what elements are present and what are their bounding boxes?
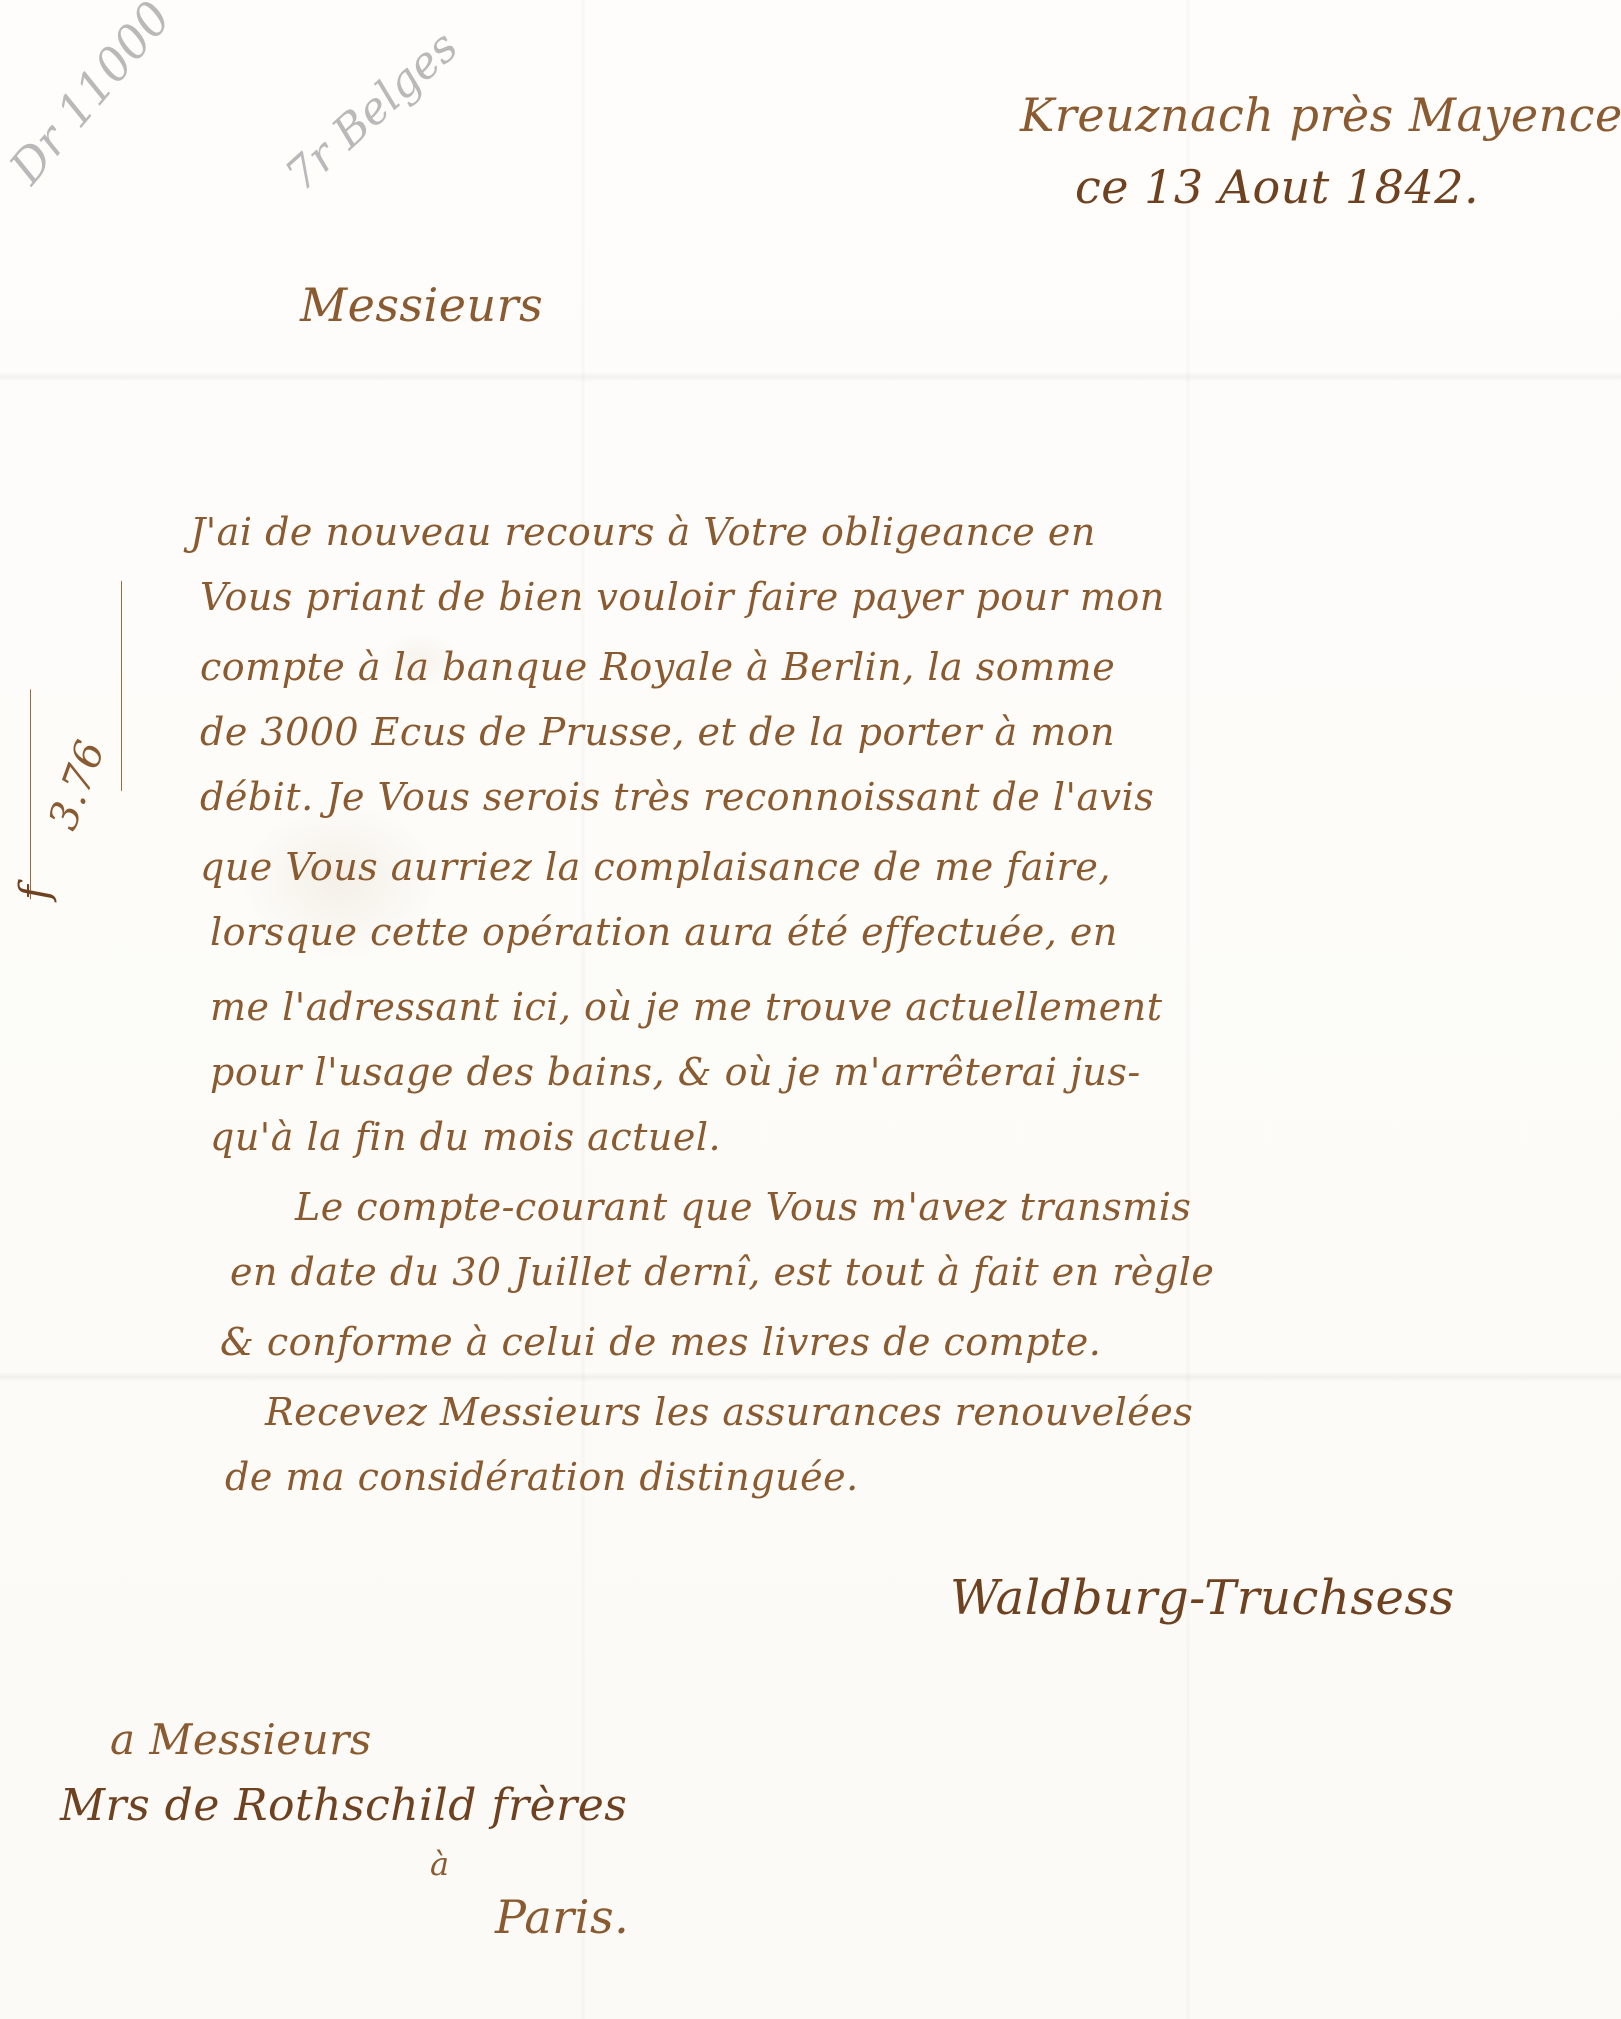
fold-line-bottom — [0, 1372, 1621, 1382]
body-line: J'ai de nouveau recours à Votre obligean… — [190, 510, 1096, 554]
body-line: & conforme à celui de mes livres de comp… — [220, 1320, 1101, 1364]
address-city: Paris. — [495, 1890, 629, 1944]
body-line: que Vous aurriez la complaisance de me f… — [200, 845, 1111, 889]
body-line: en date du 30 Juillet dernî, est tout à … — [230, 1250, 1214, 1294]
fold-line-vertical-right — [1185, 0, 1191, 2019]
signature: Waldburg-Truchsess — [950, 1570, 1455, 1626]
salutation: Messieurs — [300, 278, 543, 332]
margin-note-prefix: f — [12, 885, 58, 900]
body-line: Le compte-courant que Vous m'avez transm… — [295, 1185, 1191, 1229]
address-line-1: a Messieurs — [110, 1715, 372, 1764]
body-line: me l'adressant ici, où je me trouve actu… — [210, 985, 1163, 1029]
body-line: débit. Je Vous serois très reconnoissant… — [200, 775, 1154, 819]
letter-place: Kreuznach près Mayence — [1020, 88, 1621, 142]
address-line-3: à — [430, 1845, 450, 1883]
letter-date: ce 13 Aout 1842. — [1075, 160, 1479, 214]
body-line: de ma considération distinguée. — [225, 1455, 859, 1499]
fold-line-top — [0, 372, 1621, 382]
body-line: Recevez Messieurs les assurances renouve… — [265, 1390, 1193, 1434]
body-line: lorsque cette opération aura été effectu… — [210, 910, 1118, 954]
address-line-2: Mrs de Rothschild frères — [60, 1780, 627, 1831]
body-line: qu'à la fin du mois actuel. — [210, 1115, 721, 1159]
body-line: compte à la banque Royale à Berlin, la s… — [200, 645, 1115, 689]
body-line: de 3000 Ecus de Prusse, et de la porter … — [200, 710, 1115, 754]
body-line: Vous priant de bien vouloir faire payer … — [200, 575, 1165, 619]
body-line: pour l'usage des bains, & où je m'arrête… — [210, 1050, 1141, 1094]
